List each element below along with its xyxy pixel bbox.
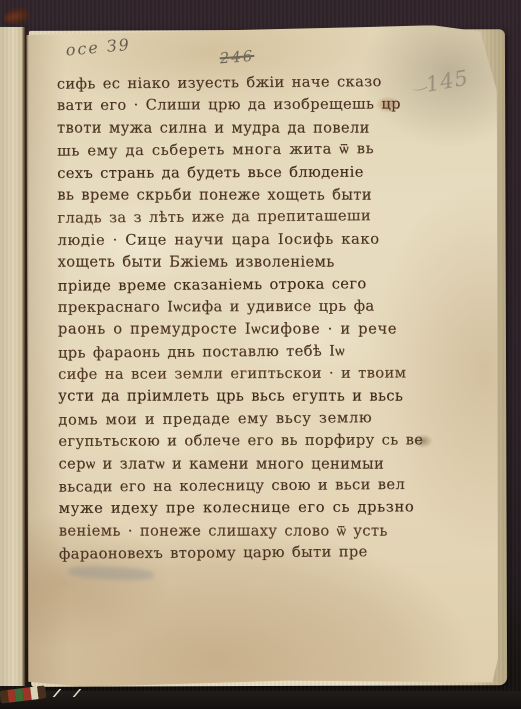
binding-leather-spot (2, 5, 31, 27)
ink-offset-smudge (68, 565, 155, 582)
manuscript-line: вь време скрьби понеже хощеть быти (57, 184, 469, 206)
manuscript-line: вати его · Слиши црю да изобрещешь цр (57, 93, 469, 117)
manuscript-line: раонь о премудросте Іѡсифове · и рече (58, 319, 470, 341)
manuscript-line: людіе · Сице научи цара Іосифь како (57, 228, 469, 252)
manuscript-text-block: сифь ес ніако изуесть бжіи наче сказо ва… (57, 71, 471, 565)
manuscript-line: шь ему да сьбереть многа жита ѿ вь (57, 138, 469, 164)
manuscript-line: твоти мужа силна и мудра да повели (57, 117, 469, 139)
manuscript-line: фараоновехъ второму царю быти пре (59, 541, 471, 567)
manuscript-page: осе З9 246 145 сифь ес ніако изуесть бжі… (24, 25, 500, 687)
manuscript-line: пріиде време сказаніемь отрока сего (58, 272, 470, 298)
manuscript-line: сифе на всеи земли египтьскои · и твоим (58, 362, 470, 386)
endband-thread (37, 685, 46, 699)
archival-annotation-topleft: осе З9 (65, 35, 132, 60)
manuscript-line: прекраснаго Іѡсифа и удивисе црь фа (58, 295, 470, 319)
manuscript-line: домь мои и предаде ему вьсу землю (58, 406, 470, 432)
binding-bottom-board (0, 691, 521, 709)
manuscript-line: муже идеху пре колеснице его сь дрьзно (59, 497, 471, 521)
manuscript-line: вьсади его на колесницу свою и вьси вел (58, 473, 470, 499)
manuscript-line: гладь за з лѣть иже да препиташеши (57, 205, 469, 231)
manuscript-line: сехъ странь да будеть вьсе блюденіе (57, 161, 469, 185)
manuscript-line: серѡ и златѡ и камени много ценимыи (58, 453, 470, 475)
crossed-out-page-number: 246 (219, 47, 255, 68)
manuscript-line: егупьтьскою и облече его вь порфиру сь в… (58, 429, 470, 453)
manuscript-line: сифь ес ніако изуесть бжіи наче сказо (57, 70, 469, 96)
manuscript-photo: осе З9 246 145 сифь ес ніако изуесть бжі… (0, 0, 521, 709)
manuscript-line: усти да пріимлеть црь вьсь егупть и вьсь (58, 386, 470, 408)
manuscript-line: црь фараонь днь поставлю тебѣ Іѡ (58, 339, 470, 365)
manuscript-line: веніемь · понеже слишаху слово ѿ усть (59, 520, 471, 542)
manuscript-line: хощеть быти Бжіемь изволеніемь (58, 252, 470, 274)
gutter-shadow (22, 25, 29, 688)
